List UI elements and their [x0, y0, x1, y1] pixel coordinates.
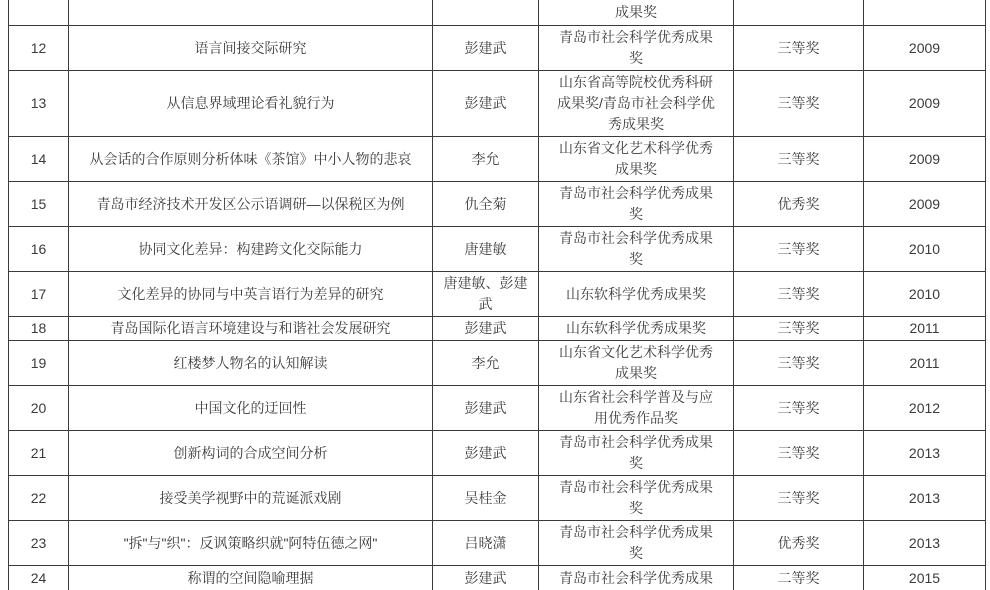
cell-title: 语言间接交际研究 [69, 26, 433, 71]
table-row: 19红楼梦人物名的认知解读李允山东省文化艺术科学优秀 成果奖三等奖2011 [9, 341, 986, 386]
cell-title: 红楼梦人物名的认知解读 [69, 341, 433, 386]
cell-year: 2010 [864, 272, 986, 317]
cell-author: 吴桂金 [433, 476, 539, 521]
cell-award: 青岛市社会科学优秀成果 [539, 566, 734, 590]
cell-author: 彭建武 [433, 566, 539, 590]
cell-title: 称谓的空间隐喻理据 [69, 566, 433, 590]
cell-level: 优秀奖 [734, 521, 864, 566]
cell-title: 创新构词的合成空间分析 [69, 431, 433, 476]
cell-author: 唐建敏、彭建 武 [433, 272, 539, 317]
cell-level: 二等奖 [734, 566, 864, 590]
cell-num [9, 0, 69, 26]
cell-title: 协同文化差异：构建跨文化交际能力 [69, 227, 433, 272]
cell-year: 2011 [864, 341, 986, 386]
cell-level: 三等奖 [734, 431, 864, 476]
cell-title: 从会话的合作原则分析体味《茶馆》中小人物的悲哀 [69, 137, 433, 182]
table-row: 21创新构词的合成空间分析彭建武青岛市社会科学优秀成果 奖三等奖2013 [9, 431, 986, 476]
table-row: 23"拆"与"织"：反讽策略织就"阿特伍德之网"吕晓潇青岛市社会科学优秀成果 奖… [9, 521, 986, 566]
cell-year: 2015 [864, 566, 986, 590]
cell-year [864, 0, 986, 26]
cell-award: 青岛市社会科学优秀成果 奖 [539, 26, 734, 71]
cell-level: 优秀奖 [734, 182, 864, 227]
cell-level: 三等奖 [734, 341, 864, 386]
cell-level: 三等奖 [734, 71, 864, 137]
cell-year: 2013 [864, 431, 986, 476]
cell-author: 李允 [433, 137, 539, 182]
cell-award: 山东软科学优秀成果奖 [539, 317, 734, 341]
awards-table: 成果奖12语言间接交际研究彭建武青岛市社会科学优秀成果 奖三等奖200913从信… [8, 0, 986, 590]
table-row: 24称谓的空间隐喻理据彭建武青岛市社会科学优秀成果二等奖2015 [9, 566, 986, 590]
cell-title [69, 0, 433, 26]
table-row: 16协同文化差异：构建跨文化交际能力唐建敏青岛市社会科学优秀成果 奖三等奖201… [9, 227, 986, 272]
cell-award: 青岛市社会科学优秀成果 奖 [539, 182, 734, 227]
cell-award: 山东软科学优秀成果奖 [539, 272, 734, 317]
cell-year: 2012 [864, 386, 986, 431]
cell-num: 15 [9, 182, 69, 227]
cell-num: 12 [9, 26, 69, 71]
cell-level: 三等奖 [734, 227, 864, 272]
table-row: 14从会话的合作原则分析体味《茶馆》中小人物的悲哀李允山东省文化艺术科学优秀 成… [9, 137, 986, 182]
table-row: 18青岛国际化语言环境建设与和谐社会发展研究彭建武山东软科学优秀成果奖三等奖20… [9, 317, 986, 341]
cell-title: 中国文化的迂回性 [69, 386, 433, 431]
cell-num: 14 [9, 137, 69, 182]
cell-level: 三等奖 [734, 317, 864, 341]
cell-award: 山东省文化艺术科学优秀 成果奖 [539, 137, 734, 182]
table-row: 15青岛市经济技术开发区公示语调研—以保税区为例仇全菊青岛市社会科学优秀成果 奖… [9, 182, 986, 227]
cell-level: 三等奖 [734, 272, 864, 317]
cell-title: 接受美学视野中的荒诞派戏剧 [69, 476, 433, 521]
cell-year: 2009 [864, 137, 986, 182]
cell-award: 青岛市社会科学优秀成果 奖 [539, 476, 734, 521]
cell-award: 山东省文化艺术科学优秀 成果奖 [539, 341, 734, 386]
cell-num: 22 [9, 476, 69, 521]
cell-level [734, 0, 864, 26]
cell-year: 2013 [864, 476, 986, 521]
table-row: 12语言间接交际研究彭建武青岛市社会科学优秀成果 奖三等奖2009 [9, 26, 986, 71]
cell-author: 唐建敏 [433, 227, 539, 272]
cell-author: 彭建武 [433, 26, 539, 71]
cell-title: 文化差异的协同与中英言语行为差异的研究 [69, 272, 433, 317]
cell-author: 仇全菊 [433, 182, 539, 227]
cell-award: 青岛市社会科学优秀成果 奖 [539, 521, 734, 566]
cell-title: 从信息界域理论看礼貌行为 [69, 71, 433, 137]
table-row: 13从信息界域理论看礼貌行为彭建武山东省高等院校优秀科研 成果奖/青岛市社会科学… [9, 71, 986, 137]
cell-num: 21 [9, 431, 69, 476]
cell-num: 20 [9, 386, 69, 431]
cell-level: 三等奖 [734, 386, 864, 431]
cell-author: 李允 [433, 341, 539, 386]
cell-author: 彭建武 [433, 71, 539, 137]
cell-award: 山东省高等院校优秀科研 成果奖/青岛市社会科学优 秀成果奖 [539, 71, 734, 137]
cell-author: 彭建武 [433, 386, 539, 431]
cell-num: 17 [9, 272, 69, 317]
cell-level: 三等奖 [734, 137, 864, 182]
cell-num: 13 [9, 71, 69, 137]
table-body: 成果奖12语言间接交际研究彭建武青岛市社会科学优秀成果 奖三等奖200913从信… [9, 0, 986, 590]
cell-year: 2010 [864, 227, 986, 272]
cell-year: 2009 [864, 71, 986, 137]
table-row: 22接受美学视野中的荒诞派戏剧吴桂金青岛市社会科学优秀成果 奖三等奖2013 [9, 476, 986, 521]
page: 成果奖12语言间接交际研究彭建武青岛市社会科学优秀成果 奖三等奖200913从信… [0, 0, 990, 590]
cell-num: 18 [9, 317, 69, 341]
cell-author: 吕晓潇 [433, 521, 539, 566]
cell-author [433, 0, 539, 26]
cell-author: 彭建武 [433, 431, 539, 476]
cell-level: 三等奖 [734, 476, 864, 521]
table-row: 17文化差异的协同与中英言语行为差异的研究唐建敏、彭建 武山东软科学优秀成果奖三… [9, 272, 986, 317]
cell-level: 三等奖 [734, 26, 864, 71]
cell-award: 山东省社会科学普及与应 用优秀作品奖 [539, 386, 734, 431]
cell-award: 青岛市社会科学优秀成果 奖 [539, 431, 734, 476]
cell-num: 16 [9, 227, 69, 272]
table-row: 20中国文化的迂回性彭建武山东省社会科学普及与应 用优秀作品奖三等奖2012 [9, 386, 986, 431]
cell-year: 2009 [864, 182, 986, 227]
table-row-carryover: 成果奖 [9, 0, 986, 26]
cell-title: "拆"与"织"：反讽策略织就"阿特伍德之网" [69, 521, 433, 566]
cell-award: 成果奖 [539, 0, 734, 26]
cell-year: 2009 [864, 26, 986, 71]
cell-author: 彭建武 [433, 317, 539, 341]
cell-num: 19 [9, 341, 69, 386]
cell-title: 青岛市经济技术开发区公示语调研—以保税区为例 [69, 182, 433, 227]
cell-num: 24 [9, 566, 69, 590]
cell-award: 青岛市社会科学优秀成果 奖 [539, 227, 734, 272]
cell-year: 2013 [864, 521, 986, 566]
cell-title: 青岛国际化语言环境建设与和谐社会发展研究 [69, 317, 433, 341]
cell-num: 23 [9, 521, 69, 566]
cell-year: 2011 [864, 317, 986, 341]
